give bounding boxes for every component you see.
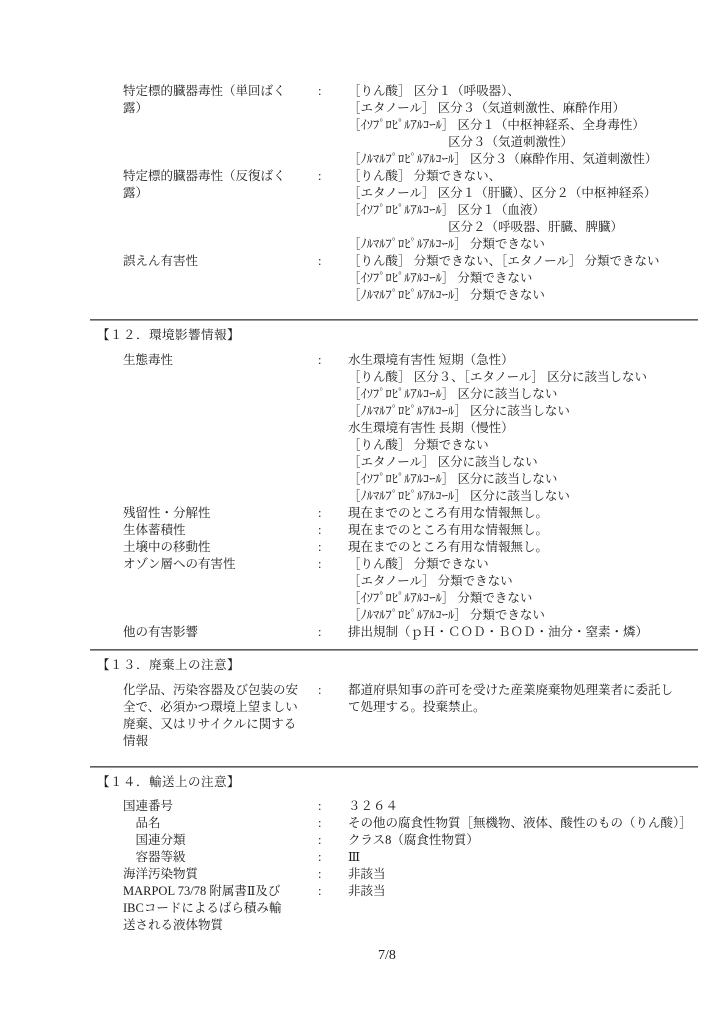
field-label: 国連番号 <box>123 798 315 815</box>
section-heading-14: 【１４．輸送上の注意】 <box>97 774 707 791</box>
field-row-ecotoxicity: 生態毒性 : 水生環境有害性 短期（急性） ［りん酸］ 区分３、［エタノール］ … <box>123 352 707 505</box>
section-heading-12: 【１２．環境影響情報】 <box>97 327 707 344</box>
field-row-bioaccumulation: 生体蓄積性 : 現在までのところ有用な情報無し。 <box>123 522 707 539</box>
field-label: 誤えん有害性 <box>123 253 315 270</box>
field-value: 現在までのところ有用な情報無し。 <box>348 522 707 539</box>
field-row-marpol-ibc: MARPOL 73/78 附属書Ⅱ及び IBCコードによるばら積み輸 送される液… <box>123 883 707 934</box>
page-number: 7/8 <box>97 947 677 964</box>
field-row-marine-pollutant: 海洋汚染物質 : 非該当 <box>123 866 707 883</box>
field-colon: : <box>315 505 348 522</box>
field-value: 排出規制（ｐＨ・ＣＯＤ・ＢＯＤ・油分・窒素・燐） <box>348 624 707 641</box>
field-row-proper-shipping-name: 品名 : その他の腐食性物質［無機物、液体、酸性のもの（りん酸）］ <box>123 815 707 832</box>
field-row-packing-group: 容器等級 : Ⅲ <box>123 849 707 866</box>
field-label: 容器等級 <box>123 849 315 866</box>
field-row-un-class: 国連分類 : クラス8（腐食性物質） <box>123 832 707 849</box>
field-label: 国連分類 <box>123 832 315 849</box>
field-value: 非該当 <box>348 866 707 883</box>
field-colon: : <box>315 624 348 641</box>
field-colon: : <box>315 866 348 883</box>
field-value: ［りん酸］ 分類できない、［エタノール］ 分類できない ［ｲｿﾌﾟﾛﾋﾟﾙｱﾙｺ… <box>348 253 707 304</box>
field-row-disposal-info: 化学品、汚染容器及び包装の安 全で、必須かつ環境上望ましい 廃棄、又はリサイクル… <box>123 682 707 750</box>
section-environmental-info: 生態毒性 : 水生環境有害性 短期（急性） ［りん酸］ 区分３、［エタノール］ … <box>97 352 707 641</box>
field-value: ［りん酸］ 分類できない、 ［エタノール］ 区分１（肝臓）、区分２（中枢神経系）… <box>348 168 707 253</box>
field-colon: : <box>315 815 348 832</box>
field-row-stot-single: 特定標的臓器毒性（単回ばく 露） : ［りん酸］ 区分１（呼吸器）、 ［エタノー… <box>123 83 707 168</box>
field-value: Ⅲ <box>348 849 707 866</box>
field-label: 特定標的臓器毒性（単回ばく 露） <box>123 83 315 117</box>
field-row-persistence: 残留性・分解性 : 現在までのところ有用な情報無し。 <box>123 505 707 522</box>
field-row-stot-repeated: 特定標的臓器毒性（反復ばく 露） : ［りん酸］ 分類できない、 ［エタノール］… <box>123 168 707 253</box>
field-value: 非該当 <box>348 883 707 900</box>
field-row-other-adverse-effects: 他の有害影響 : 排出規制（ｐＨ・ＣＯＤ・ＢＯＤ・油分・窒素・燐） <box>123 624 707 641</box>
field-value: ［りん酸］ 区分１（呼吸器）、 ［エタノール］ 区分３（気道刺激性、麻酔作用） … <box>348 83 707 168</box>
section-divider <box>90 319 698 321</box>
field-colon: : <box>315 168 348 185</box>
field-value: ３２６４ <box>348 798 707 815</box>
field-value: 都道府県知事の許可を受けた産業廃棄物処理業者に委託し て処理する。投棄禁止。 <box>348 682 707 716</box>
section-transport: 国連番号 : ３２６４ 品名 : その他の腐食性物質［無機物、液体、酸性のもの（… <box>97 798 707 934</box>
field-value: ［りん酸］ 分類できない ［エタノール］ 分類できない ［ｲｿﾌﾟﾛﾋﾟﾙｱﾙｺ… <box>348 556 707 624</box>
field-colon: : <box>315 539 348 556</box>
field-colon: : <box>315 253 348 270</box>
field-label: 化学品、汚染容器及び包装の安 全で、必須かつ環境上望ましい 廃棄、又はリサイクル… <box>123 682 315 750</box>
section-heading-13: 【１３．廃棄上の注意】 <box>97 657 707 674</box>
section-disposal: 化学品、汚染容器及び包装の安 全で、必須かつ環境上望ましい 廃棄、又はリサイクル… <box>97 682 707 750</box>
section-toxicity-continued: 特定標的臓器毒性（単回ばく 露） : ［りん酸］ 区分１（呼吸器）、 ［エタノー… <box>97 83 707 304</box>
field-label: 品名 <box>123 815 315 832</box>
field-colon: : <box>315 883 348 900</box>
field-value: 現在までのところ有用な情報無し。 <box>348 539 707 556</box>
field-colon: : <box>315 352 348 369</box>
field-value: その他の腐食性物質［無機物、液体、酸性のもの（りん酸）］ <box>348 815 707 832</box>
field-label: 生体蓄積性 <box>123 522 315 539</box>
field-label: 他の有害影響 <box>123 624 315 641</box>
field-colon: : <box>315 832 348 849</box>
field-row-un-number: 国連番号 : ３２６４ <box>123 798 707 815</box>
field-colon: : <box>315 522 348 539</box>
field-row-ozone-hazard: オゾン層への有害性 : ［りん酸］ 分類できない ［エタノール］ 分類できない … <box>123 556 707 624</box>
section-divider <box>90 766 698 768</box>
field-row-soil-mobility: 土壌中の移動性 : 現在までのところ有用な情報無し。 <box>123 539 707 556</box>
field-colon: : <box>315 682 348 699</box>
field-label: MARPOL 73/78 附属書Ⅱ及び IBCコードによるばら積み輸 送される液… <box>123 883 315 934</box>
field-label: 残留性・分解性 <box>123 505 315 522</box>
field-colon: : <box>315 849 348 866</box>
field-label: 海洋汚染物質 <box>123 866 315 883</box>
section-divider <box>90 649 698 651</box>
field-row-aspiration-hazard: 誤えん有害性 : ［りん酸］ 分類できない、［エタノール］ 分類できない ［ｲｿ… <box>123 253 707 304</box>
field-colon: : <box>315 83 348 100</box>
field-value: 水生環境有害性 短期（急性） ［りん酸］ 区分３、［エタノール］ 区分に該当しな… <box>348 352 707 505</box>
field-colon: : <box>315 556 348 573</box>
field-colon: : <box>315 798 348 815</box>
field-label: 生態毒性 <box>123 352 315 369</box>
page-content: 特定標的臓器毒性（単回ばく 露） : ［りん酸］ 区分１（呼吸器）、 ［エタノー… <box>97 83 707 964</box>
field-label: オゾン層への有害性 <box>123 556 315 573</box>
sds-document-page: 特定標的臓器毒性（単回ばく 露） : ［りん酸］ 区分１（呼吸器）、 ［エタノー… <box>0 0 722 1024</box>
field-label: 特定標的臓器毒性（反復ばく 露） <box>123 168 315 202</box>
field-value: 現在までのところ有用な情報無し。 <box>348 505 707 522</box>
field-label: 土壌中の移動性 <box>123 539 315 556</box>
field-value: クラス8（腐食性物質） <box>348 832 707 849</box>
